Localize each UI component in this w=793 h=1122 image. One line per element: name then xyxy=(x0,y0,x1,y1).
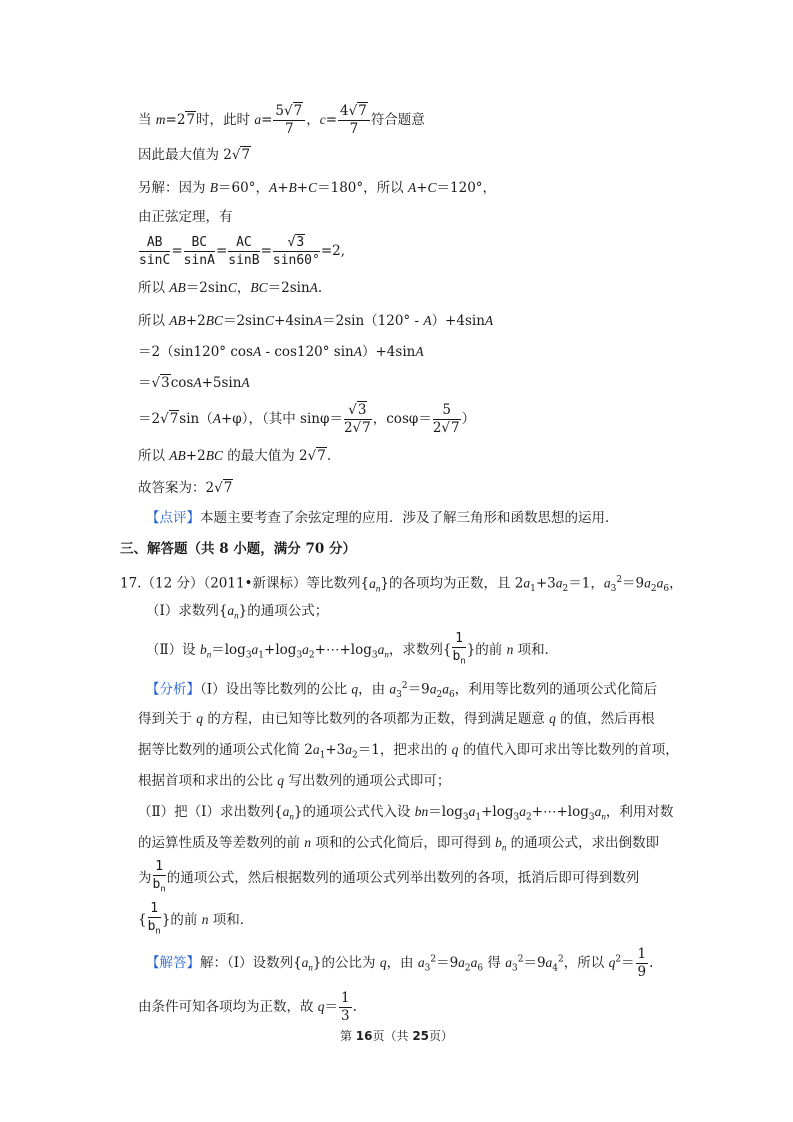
analysis-line-6: 的运算性质及等差数列的前 n 项和的公式化简后，即可得到 bn 的通项公式，求出… xyxy=(138,833,659,858)
question-number: 17. xyxy=(120,576,141,592)
section-title: 三、解答题（共 8 小题，满分 70 分） xyxy=(120,539,356,559)
question-part-2: （Ⅱ）设 bn＝log3a1+log3a2+⋯+log3an，求数列{1bn}的… xyxy=(146,630,558,671)
analysis-line-1: 【分析】（Ⅰ）设出等比数列的公比 q，由 a32＝9a2a6，利用等比数列的通项… xyxy=(146,676,657,705)
answer-line-2: 由条件可知各项均为正数，故 q＝13. xyxy=(138,990,357,1025)
analysis-line-3: 据等比数列的通项公式化简 2a1+3a2＝1，把求出的 q 的值代入即可求出等比… xyxy=(138,740,679,766)
solution-line-7: 所以 AB+2BC＝2sinC+4sinA＝2sin（120° - A）+4si… xyxy=(138,311,493,331)
analysis-tag: 【分析】 xyxy=(146,682,200,698)
comment-tag: 【点评】 xyxy=(146,510,200,526)
current-page: 16 xyxy=(356,1029,373,1043)
solution-line-9: ＝√3cosA+5sinA xyxy=(138,373,250,393)
answer-tag: 【解答】 xyxy=(146,955,200,971)
solution-line-12: 故答案为：2√7 xyxy=(138,478,233,498)
solution-line-8: ＝2（sin120° cosA - cos120° sinA）+4sinA xyxy=(138,342,424,362)
sine-law-equation: ABsinC=BCsinA=ACsinB=√3sin60°=2, xyxy=(138,234,345,269)
analysis-line-2: 得到关于 q 的方程，由已知等比数列的各项都为正数，得到满足题意 q 的值，然后… xyxy=(138,709,655,729)
total-pages: 25 xyxy=(412,1029,429,1043)
analysis-line-7: 为1bn的通项公式，然后根据数列的通项公式列举出数列的各项，抵消后即可得到数列 xyxy=(138,858,639,899)
solution-line-3: 另解：因为 B＝60°，A+B+C＝180°，所以 A+C＝120°， xyxy=(138,178,496,198)
question-17: 17.（12 分）（2011•新课标）等比数列{an}的各项均为正数，且 2a1… xyxy=(120,570,683,599)
answer-line-1: 【解答】解：（Ⅰ）设数列{an}的公比为 q，由 a32＝9a2a6 得 a32… xyxy=(146,946,653,981)
comment: 【点评】本题主要考查了余弦定理的应用．涉及了解三角形和函数思想的运用． xyxy=(146,508,619,528)
analysis-line-8: {1bn}的前 n 项和． xyxy=(138,900,253,941)
solution-line-6: 所以 AB＝2sinC，BC＝2sinA. xyxy=(138,278,322,298)
solution-line-11: 所以 AB+2BC 的最大值为 2√7. xyxy=(138,446,331,466)
comment-text: 本题主要考查了余弦定理的应用．涉及了解三角形和函数思想的运用． xyxy=(200,510,619,526)
solution-line-1: 当 m=27时，此时 a=5√77，c=4√77符合题意 xyxy=(138,103,425,138)
page-footer: 第 16页（共 25页） xyxy=(0,1027,793,1044)
solution-line-10: ＝2√7sin（A+φ），（其中 sinφ＝√32√7，cosφ＝52√7） xyxy=(138,402,475,437)
analysis-line-4: 根据首项和求出的公比 q 写出数列的通项公式即可； xyxy=(138,771,450,791)
solution-line-4: 由正弦定理，有 xyxy=(138,207,233,227)
solution-line-2: 因此最大值为 2√7 xyxy=(138,145,251,165)
question-part-1: （Ⅰ）求数列{an}的通项公式； xyxy=(146,601,328,626)
analysis-line-5: （Ⅱ）把（Ⅰ）求出数列{an}的通项公式代入设 bn＝log3a1+log3a2… xyxy=(138,802,673,828)
